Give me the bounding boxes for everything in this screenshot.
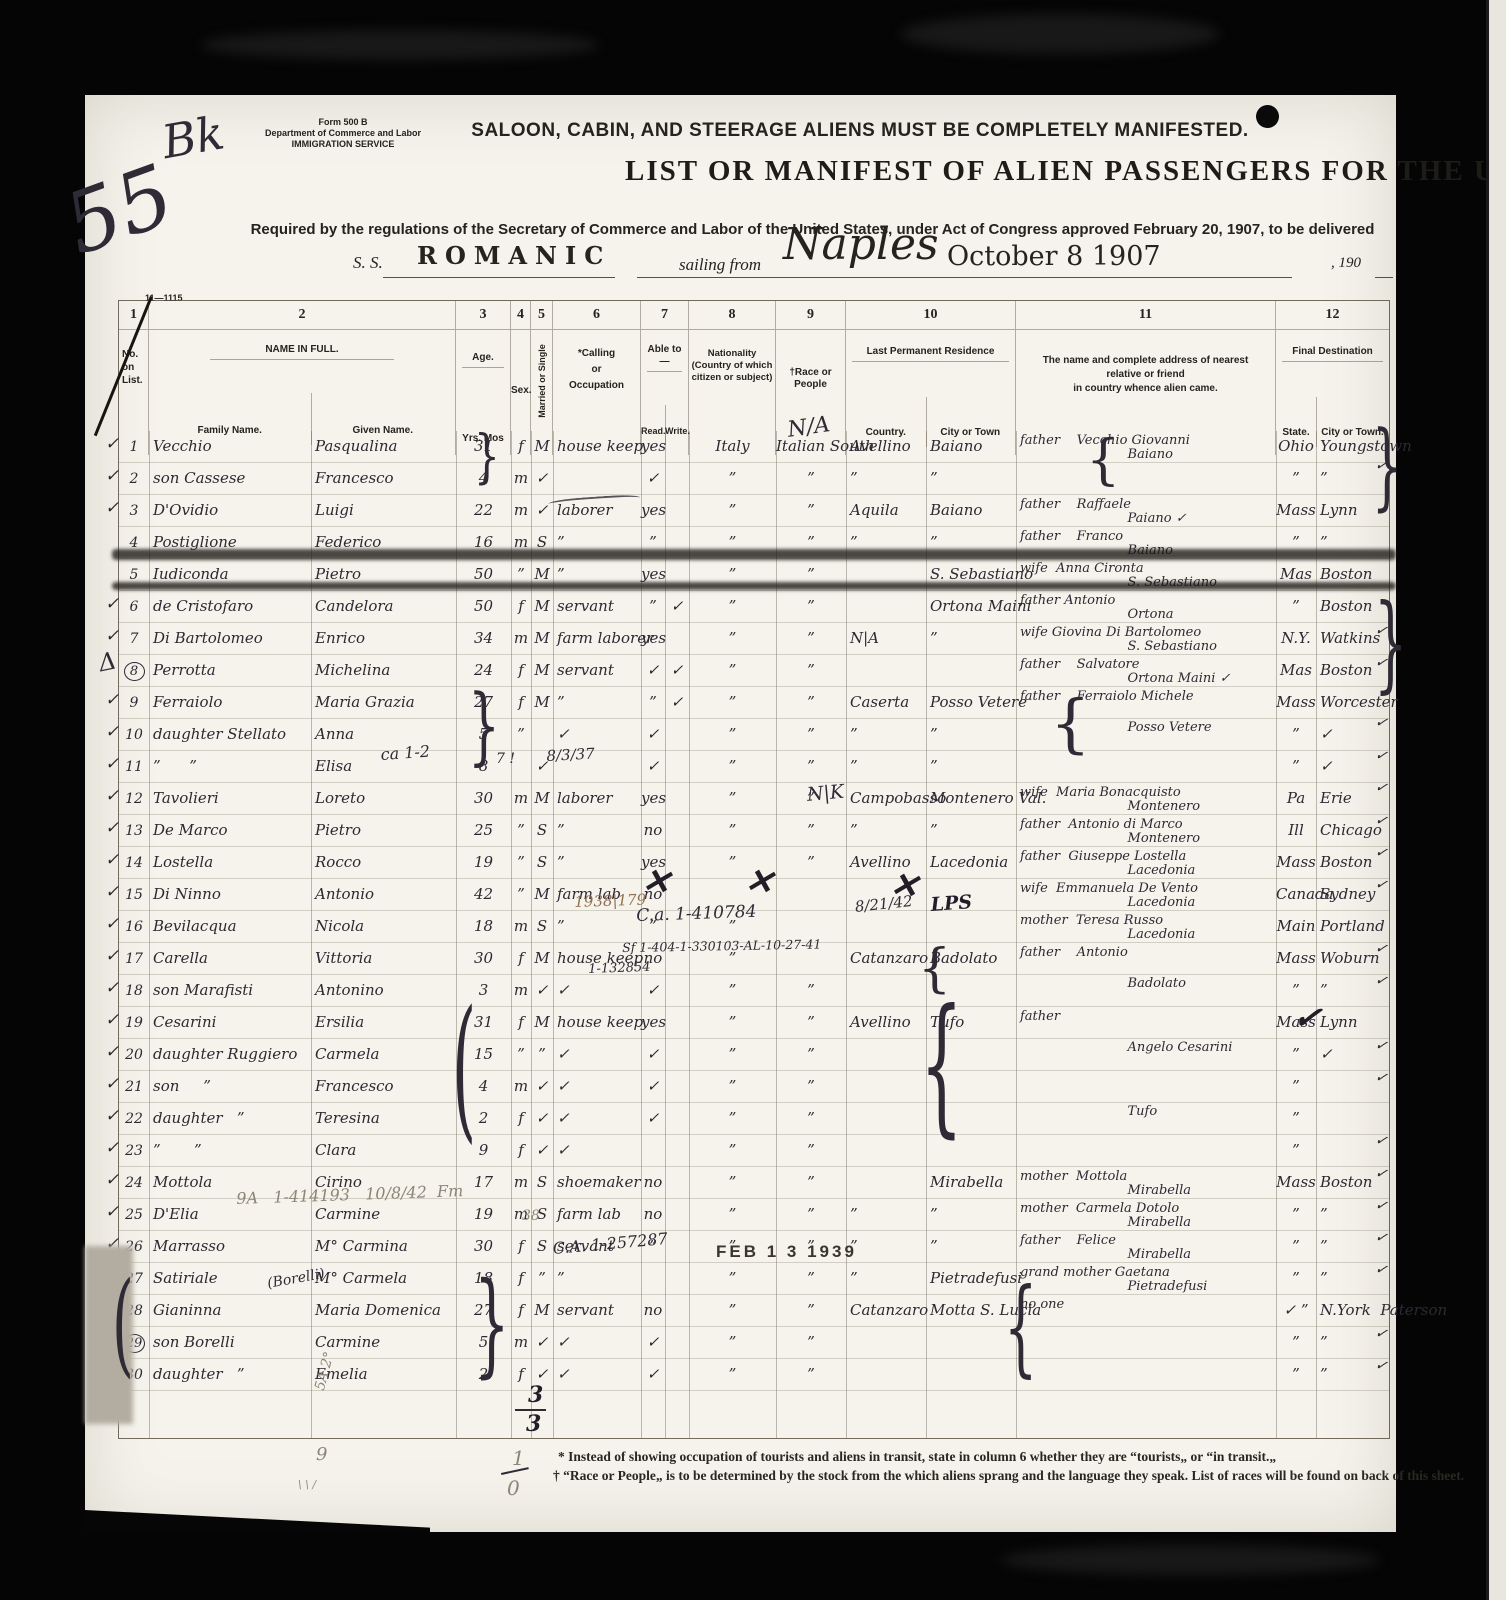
cell-read xyxy=(641,1263,665,1295)
cell-destination-city: Sydney xyxy=(1316,879,1389,911)
cell-occ: servant xyxy=(553,1231,641,1263)
relative-town: Ortona Maini ✓ xyxy=(1020,672,1276,686)
cell-destination-state: ” xyxy=(1276,1327,1316,1359)
relative-name: mother Teresa Russo xyxy=(1020,911,1276,928)
manifest-document: Form 500 B Department of Commerce and La… xyxy=(85,95,1396,1532)
cell-city xyxy=(926,655,1016,687)
cell-relative: father AntonioOrtona xyxy=(1016,591,1276,623)
cell-given: Maria Grazia xyxy=(311,687,456,719)
cell-relative: father Giuseppe LostellaLacedonia xyxy=(1016,847,1276,879)
cell-age: 31 xyxy=(456,431,511,463)
cell-destination-city xyxy=(1316,1071,1389,1103)
row-check-icon: ✓ xyxy=(105,493,119,524)
cell-occ: ” xyxy=(553,911,641,943)
cell-write xyxy=(665,879,689,911)
cell-row-number: 28 xyxy=(119,1295,149,1327)
cell-age: 3 xyxy=(456,975,511,1007)
cell-city: Ortona Maini xyxy=(926,591,1016,623)
cell-city: ” xyxy=(926,815,1016,847)
cell-age: 19 xyxy=(456,1199,511,1231)
row-number: 2 xyxy=(130,471,139,487)
cell-race: ” xyxy=(776,1359,846,1391)
col-number: 11 xyxy=(1016,301,1275,330)
cell-destination-city: ✓ xyxy=(1316,751,1389,783)
cell-age: 30 xyxy=(456,943,511,975)
relative-name: wife Anna Cironta xyxy=(1020,559,1276,576)
cell-city: Montenero Val. xyxy=(926,783,1016,815)
cell-destination-city: N.York Paterson xyxy=(1316,1295,1389,1327)
cell-nat: ” xyxy=(689,463,776,495)
cell-sex: ” xyxy=(511,719,531,751)
cell-sex: f xyxy=(511,1295,531,1327)
cell-given: Carmine xyxy=(311,1199,456,1231)
cell-sex: m xyxy=(511,1199,531,1231)
cell-row-number: ✓21 xyxy=(119,1071,149,1103)
cell-country: ” xyxy=(846,719,926,751)
relative-name xyxy=(1020,1071,1276,1073)
cell-family: Perrotta xyxy=(149,655,311,687)
relative-town: Pietradefusi xyxy=(1020,1280,1276,1294)
cell-sex: f xyxy=(511,1103,531,1135)
cell-ms: M xyxy=(531,879,553,911)
cell-race: ” xyxy=(776,1103,846,1135)
col-number: 9 xyxy=(776,301,845,330)
cell-country: Catanzaro xyxy=(846,1295,926,1327)
relative-town: Mirabella xyxy=(1020,1216,1276,1230)
cell-read: ✓ xyxy=(641,463,665,495)
cell-destination-city xyxy=(1316,1135,1389,1167)
cell-sex: f xyxy=(511,431,531,463)
cell-read: yes xyxy=(641,623,665,655)
cell-occ: ” xyxy=(553,527,641,559)
cell-row-number: 30 xyxy=(119,1359,149,1391)
relative-name: wife Maria Bonacquisto xyxy=(1020,783,1276,800)
cell-age: 19 xyxy=(456,847,511,879)
cell-read: ” xyxy=(641,1231,665,1263)
row-check-icon: ✓ xyxy=(105,461,119,492)
cell-occ xyxy=(553,751,641,783)
cell-nat: ” xyxy=(689,1135,776,1167)
cell-destination-city: ” xyxy=(1316,527,1389,559)
film-texture xyxy=(900,14,1220,54)
cell-race: ” xyxy=(776,1007,846,1039)
cell-relative: Angelo Cesarini xyxy=(1016,1039,1276,1071)
cell-relative: mother MottolaMirabella xyxy=(1016,1167,1276,1199)
cell-destination-state: Mas xyxy=(1276,559,1316,591)
relative-name: father Franco xyxy=(1020,527,1276,544)
cell-nat: ” xyxy=(689,687,776,719)
cell-age: 4 xyxy=(456,463,511,495)
cell-city: Mirabella xyxy=(926,1167,1016,1199)
cell-family: Di Ninno xyxy=(149,879,311,911)
cell-ms: S xyxy=(531,815,553,847)
cell-destination-city: ✓ xyxy=(1316,719,1389,751)
cell-given: Cirino xyxy=(311,1167,456,1199)
cell-ms: S xyxy=(531,911,553,943)
cell-write: ✓ xyxy=(665,591,689,623)
cell-sex: m xyxy=(511,463,531,495)
cell-country: Avellino xyxy=(846,1007,926,1039)
cell-city: S. Sebastiano xyxy=(926,559,1016,591)
cell-ms: M xyxy=(531,783,553,815)
cell-relative xyxy=(1016,751,1276,783)
row-check-icon: ✓ xyxy=(105,1261,119,1292)
cell-sex: f xyxy=(511,1007,531,1039)
cell-ms: ✓ xyxy=(531,1327,553,1359)
footnotes: * Instead of showing occupation of touri… xyxy=(470,1447,1506,1485)
cell-write xyxy=(665,751,689,783)
table-body: ✓1VecchioPasqualina31fMhouse keepyesItal… xyxy=(119,431,1389,1391)
cell-age: 15 xyxy=(456,1039,511,1071)
col-number: 2 xyxy=(149,301,455,330)
cell-race: ” xyxy=(776,495,846,527)
col-number: 12 xyxy=(1276,301,1389,330)
cell-country: ” xyxy=(846,463,926,495)
header-final-destination: Final Destination xyxy=(1282,346,1383,362)
cell-occ: laborer xyxy=(553,783,641,815)
cell-destination-state: ” xyxy=(1276,463,1316,495)
cell-ms: ✓ xyxy=(531,495,553,527)
cell-ms: S xyxy=(531,847,553,879)
cell-sex: m xyxy=(511,527,531,559)
cell-destination-city xyxy=(1316,1103,1389,1135)
cell-relative xyxy=(1016,1327,1276,1359)
cell-race xyxy=(776,911,846,943)
row-number: 17 xyxy=(125,951,143,967)
cell-relative: father RaffaelePaiano ✓ xyxy=(1016,495,1276,527)
cell-destination-city: Boston xyxy=(1316,591,1389,623)
cell-nat: ” xyxy=(689,719,776,751)
cell-city xyxy=(926,879,1016,911)
sailing-rule xyxy=(637,277,1292,278)
cell-age: 8 xyxy=(456,751,511,783)
cell-ms: ✓ xyxy=(531,975,553,1007)
cell-city xyxy=(926,1039,1016,1071)
cell-sex: m xyxy=(511,783,531,815)
cell-age: 30 xyxy=(456,783,511,815)
cell-country xyxy=(846,655,926,687)
cell-destination-city: Boston xyxy=(1316,655,1389,687)
cell-write xyxy=(665,815,689,847)
cell-country: Avellino xyxy=(846,847,926,879)
cell-sex: m xyxy=(511,1071,531,1103)
cell-age: 27 xyxy=(456,687,511,719)
cell-destination-state: ” xyxy=(1276,591,1316,623)
cell-race: ” xyxy=(776,1167,846,1199)
cell-destination-state: Mass xyxy=(1276,687,1316,719)
cell-destination-state: ” xyxy=(1276,1359,1316,1391)
cell-relative xyxy=(1016,1135,1276,1167)
cell-city xyxy=(926,1071,1016,1103)
row-check-icon: ✓ xyxy=(105,589,119,620)
cell-given: Luigi xyxy=(311,495,456,527)
cell-destination-state: Pa xyxy=(1276,783,1316,815)
cell-city: Baiano xyxy=(926,495,1016,527)
cell-read: yes xyxy=(641,847,665,879)
cell-age: 50 xyxy=(456,559,511,591)
ship-name-rule xyxy=(383,277,615,278)
row-check-icon: ✓ xyxy=(105,781,119,812)
cell-row-number: ✓15 xyxy=(119,879,149,911)
cell-family: de Cristofaro xyxy=(149,591,311,623)
cell-relative: grand mother GaetanaPietradefusi xyxy=(1016,1263,1276,1295)
cell-relative: mother Teresa RussoLacedonia xyxy=(1016,911,1276,943)
cell-write xyxy=(665,1231,689,1263)
header-able-to: Able to— xyxy=(647,344,682,372)
cell-ms: ” xyxy=(531,1039,553,1071)
cell-write xyxy=(665,783,689,815)
cell-race: ” xyxy=(776,1199,846,1231)
cell-city: Tufo xyxy=(926,1007,1016,1039)
cell-read: yes xyxy=(641,559,665,591)
col-number: 6 xyxy=(553,301,640,330)
cell-ms: M xyxy=(531,655,553,687)
cell-destination-state: N.Y. xyxy=(1276,623,1316,655)
cell-occ: ” xyxy=(553,847,641,879)
cell-row-number: ✓7 xyxy=(119,623,149,655)
cell-country: Aquila xyxy=(846,495,926,527)
cell-nat: ” xyxy=(689,495,776,527)
cell-ms: M xyxy=(531,559,553,591)
cell-age: 27 xyxy=(456,1295,511,1327)
cell-row-number: ✓16 xyxy=(119,911,149,943)
cell-destination-state: ” xyxy=(1276,1103,1316,1135)
cell-destination-state: ✓ ” xyxy=(1276,1295,1316,1327)
cell-row-number: ✓26 xyxy=(119,1231,149,1263)
cell-destination-state: Mass xyxy=(1276,1007,1316,1039)
cell-sex: m xyxy=(511,911,531,943)
cell-race: ” xyxy=(776,559,846,591)
relative-name xyxy=(1020,463,1276,465)
cell-read: ✓ xyxy=(641,1039,665,1071)
relative-name: father Salvatore xyxy=(1020,655,1276,672)
cell-relative: wife Emmanuela De VentoLacedonia xyxy=(1016,879,1276,911)
row-number: 23 xyxy=(125,1143,143,1159)
cell-relative: father FrancoBaiano xyxy=(1016,527,1276,559)
relative-name: mother Mottola xyxy=(1020,1167,1276,1184)
row-check-icon: ✓ xyxy=(105,877,119,908)
row-number: 15 xyxy=(125,887,143,903)
relative-name: father Vecchio Giovanni xyxy=(1020,431,1276,448)
cell-age: 16 xyxy=(456,527,511,559)
cell-nat: ” xyxy=(689,655,776,687)
cell-family: Bevilacqua xyxy=(149,911,311,943)
row-number: 9 xyxy=(130,695,139,711)
cell-destination-state: Mass xyxy=(1276,847,1316,879)
cell-country: ” xyxy=(846,751,926,783)
cell-sex: ” xyxy=(511,815,531,847)
cell-destination-city: Woburn xyxy=(1316,943,1389,975)
cell-sex: m xyxy=(511,1327,531,1359)
cell-row-number: ✓9 xyxy=(119,687,149,719)
row-number: 21 xyxy=(125,1079,143,1095)
cell-read: ✓ xyxy=(641,1359,665,1391)
cell-occ: ✓ xyxy=(553,975,641,1007)
row-check-icon: ✓ xyxy=(105,1229,119,1260)
cell-read: no xyxy=(641,815,665,847)
cell-nat: ” xyxy=(689,623,776,655)
cell-family: Marrasso xyxy=(149,1231,311,1263)
service-name: IMMIGRATION SERVICE xyxy=(253,139,433,150)
row-number: 24 xyxy=(125,1175,143,1191)
col-number: 8 xyxy=(689,301,775,330)
relative-name: father Antonio di Marco xyxy=(1020,815,1276,832)
cell-family: Ferraiolo xyxy=(149,687,311,719)
relative-name: no one xyxy=(1020,1295,1276,1312)
cell-race: ” xyxy=(776,751,846,783)
cell-row-number: ✓10 xyxy=(119,719,149,751)
row-check-icon: ✓ xyxy=(105,909,119,940)
cell-write xyxy=(665,1039,689,1071)
cell-nat: ” xyxy=(689,815,776,847)
cell-given: Antonino xyxy=(311,975,456,1007)
cell-family: daughter ” xyxy=(149,1359,311,1391)
cell-nat: ” xyxy=(689,783,776,815)
cell-ms: ✓ xyxy=(531,1135,553,1167)
relative-town: Angelo Cesarini xyxy=(1020,1041,1276,1055)
cell-destination-state: ” xyxy=(1276,751,1316,783)
cell-given: Federico xyxy=(311,527,456,559)
cell-destination-state: Mass xyxy=(1276,495,1316,527)
cell-ms: M xyxy=(531,1007,553,1039)
cell-write xyxy=(665,559,689,591)
cell-destination-city: Youngstown xyxy=(1316,431,1389,463)
cell-destination-city: ” xyxy=(1316,463,1389,495)
row-number: 7 xyxy=(130,631,139,647)
cell-country: N|A xyxy=(846,623,926,655)
cell-nat: ” xyxy=(689,1327,776,1359)
cell-row-number: ✓17 xyxy=(119,943,149,975)
cell-destination-state: ” xyxy=(1276,719,1316,751)
cell-given: Carmine xyxy=(311,1327,456,1359)
cell-family: son ” xyxy=(149,1071,311,1103)
cell-occ: ✓ xyxy=(553,1327,641,1359)
cell-age: 30 xyxy=(456,1231,511,1263)
cell-destination-city: ” xyxy=(1316,1359,1389,1391)
cell-race: ” xyxy=(776,847,846,879)
cell-city: ” xyxy=(926,751,1016,783)
cell-ms: S xyxy=(531,1199,553,1231)
cell-city xyxy=(926,1327,1016,1359)
cell-read: ✓ xyxy=(641,1103,665,1135)
cell-destination-city: Chicago xyxy=(1316,815,1389,847)
relative-town: Lacedonia xyxy=(1020,864,1276,878)
cell-write xyxy=(665,1263,689,1295)
cell-row-number: ✓6 xyxy=(119,591,149,623)
relative-town: Mirabella xyxy=(1020,1248,1276,1262)
header-married-single: Married or Single xyxy=(536,344,548,418)
cell-city: ” xyxy=(926,463,1016,495)
cell-country xyxy=(846,1359,926,1391)
cell-family: Cesarini xyxy=(149,1007,311,1039)
cell-family: Iudiconda xyxy=(149,559,311,591)
cell-occ: ” xyxy=(553,687,641,719)
cell-nat: ” xyxy=(689,1199,776,1231)
cell-city: Baiano xyxy=(926,431,1016,463)
cell-write xyxy=(665,495,689,527)
row-number: 16 xyxy=(125,919,143,935)
year-rule xyxy=(1375,277,1393,278)
cell-occ: house keep xyxy=(553,943,641,975)
cell-occ: house keep xyxy=(553,1007,641,1039)
cell-country xyxy=(846,1327,926,1359)
relative-town: S. Sebastiano xyxy=(1020,640,1276,654)
cell-occ: laborer xyxy=(553,495,641,527)
manifest-banner: SALOON, CABIN, AND STEERAGE ALIENS MUST … xyxy=(445,120,1275,142)
cell-occ: ✓ xyxy=(553,1039,641,1071)
cell-city: Posso Vetere xyxy=(926,687,1016,719)
cell-destination-state: Mass xyxy=(1276,943,1316,975)
cell-race: ” xyxy=(776,815,846,847)
cell-sex: f xyxy=(511,1135,531,1167)
cell-ms: M xyxy=(531,943,553,975)
cell-destination-city: Boston xyxy=(1316,1167,1389,1199)
cell-family: daughter Ruggiero xyxy=(149,1039,311,1071)
relative-town: Montenero xyxy=(1020,832,1276,846)
cell-destination-state: ” xyxy=(1276,1263,1316,1295)
cell-read: ” xyxy=(641,591,665,623)
row-check-icon: ✓ xyxy=(105,813,119,844)
relative-town: S. Sebastiano xyxy=(1020,576,1276,590)
cell-sex: f xyxy=(511,591,531,623)
cell-relative: father Antonio di MarcoMontenero xyxy=(1016,815,1276,847)
cell-family: D'Elia xyxy=(149,1199,311,1231)
cell-relative: mother Carmela DotoloMirabella xyxy=(1016,1199,1276,1231)
cell-given: Michelina xyxy=(311,655,456,687)
cell-city: Motta S. Lucia xyxy=(926,1295,1016,1327)
cell-row-number: 29 xyxy=(119,1327,149,1359)
cell-country: Campobasso xyxy=(846,783,926,815)
cell-read: ✓ xyxy=(641,975,665,1007)
cell-given: M° Carmela xyxy=(311,1263,456,1295)
cell-given: Candelora xyxy=(311,591,456,623)
header-age: Age. xyxy=(462,352,504,368)
cell-destination-state: Canada xyxy=(1276,879,1316,911)
cell-destination-state: ” xyxy=(1276,1135,1316,1167)
row-number: 5 xyxy=(130,567,139,583)
cell-given: M° Carmina xyxy=(311,1231,456,1263)
cell-age: 4 xyxy=(456,1071,511,1103)
cell-country: ” xyxy=(846,1199,926,1231)
cell-age: 5 xyxy=(456,1327,511,1359)
cell-race: ” xyxy=(776,527,846,559)
cell-race xyxy=(776,943,846,975)
cell-destination-city: ✓ xyxy=(1316,1039,1389,1071)
cell-write xyxy=(665,463,689,495)
page-title: LIST OR MANIFEST OF ALIEN PASSENGERS FOR… xyxy=(625,155,1405,188)
cell-race: ” xyxy=(776,975,846,1007)
cell-write xyxy=(665,1327,689,1359)
cell-relative: father SalvatoreOrtona Maini ✓ xyxy=(1016,655,1276,687)
relative-name: grand mother Gaetana xyxy=(1020,1263,1276,1280)
row-number: 4 xyxy=(130,535,139,551)
cell-sex: ” xyxy=(511,559,531,591)
cell-given: Francesco xyxy=(311,1071,456,1103)
cell-sex: ” xyxy=(511,1039,531,1071)
cell-family: ” ” xyxy=(149,1135,311,1167)
cell-destination-city: Worcester xyxy=(1316,687,1389,719)
cell-row-number: ✓27 xyxy=(119,1263,149,1295)
cell-relative: father FeliceMirabella xyxy=(1016,1231,1276,1263)
cell-destination-state: ” xyxy=(1276,527,1316,559)
cell-sex: f xyxy=(511,687,531,719)
cell-write xyxy=(665,527,689,559)
cell-race: ” xyxy=(776,1263,846,1295)
relative-town: Ortona xyxy=(1020,608,1276,622)
cell-nat: ” xyxy=(689,911,776,943)
cell-race: ” xyxy=(776,687,846,719)
cell-destination-city: ” xyxy=(1316,1231,1389,1263)
